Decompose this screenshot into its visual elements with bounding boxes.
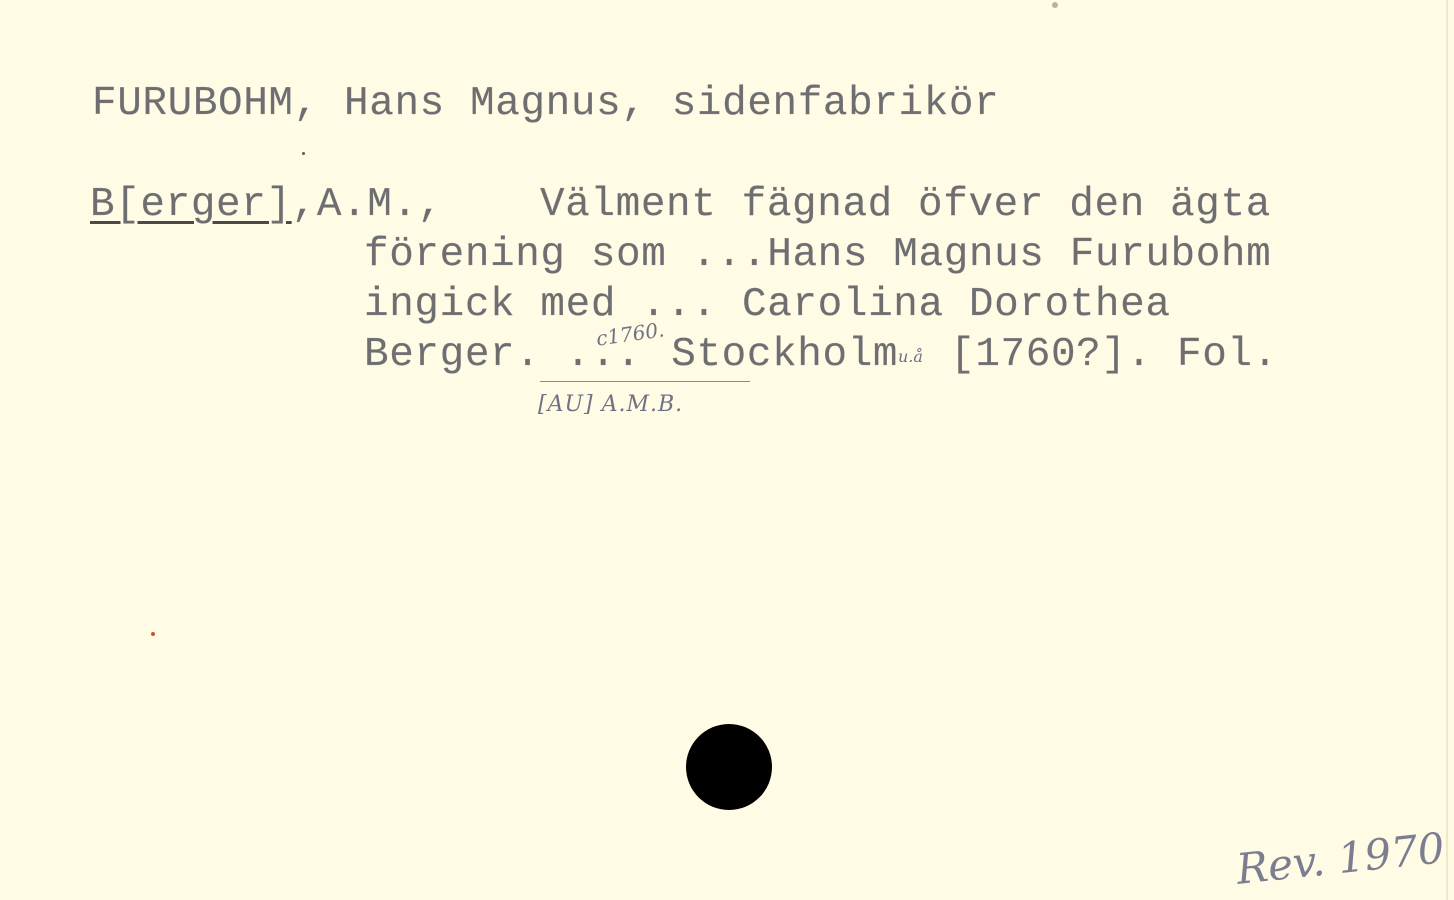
- pencil-underline: [540, 381, 750, 382]
- handwritten-revision: Rev. 1970: [1234, 823, 1447, 894]
- card-heading: FURUBOHM, Hans Magnus, sidenfabrikör: [92, 84, 999, 125]
- paper-speck: [302, 152, 305, 155]
- imprint-format: ]. Fol.: [1101, 332, 1277, 378]
- main-entry: B[erger],A.M.,: [90, 185, 468, 226]
- title-line-2: förening som ...Hans Magnus Furubohm: [364, 235, 1271, 276]
- author-surname: B[erger]: [90, 182, 292, 228]
- paper-speck: [1052, 2, 1058, 8]
- imprint-query: ?: [1076, 332, 1101, 378]
- imprint-before: Berger.: [364, 332, 540, 378]
- author-initials: ,A.M.,: [292, 182, 468, 228]
- title-line-1: Välment fägnad öfver den ägta: [540, 185, 1271, 226]
- imprint-place: Stockholm: [671, 332, 898, 378]
- paper-speck: [151, 632, 155, 636]
- imprint-date: 1760: [975, 332, 1076, 378]
- handwritten-place-note: u.å: [898, 347, 923, 366]
- title-line-3: ingick med ... Carolina Dorothea: [364, 285, 1171, 326]
- catalog-card: FURUBOHM, Hans Magnus, sidenfabrikör B[e…: [0, 0, 1448, 900]
- imprint-bracket-open: [: [950, 332, 975, 378]
- handwritten-attribution: [AU] A.M.B.: [538, 392, 683, 417]
- punch-hole: [686, 724, 772, 810]
- imprint-line: Berger. ...Stockholm[1760?]. Fol.: [364, 335, 1278, 376]
